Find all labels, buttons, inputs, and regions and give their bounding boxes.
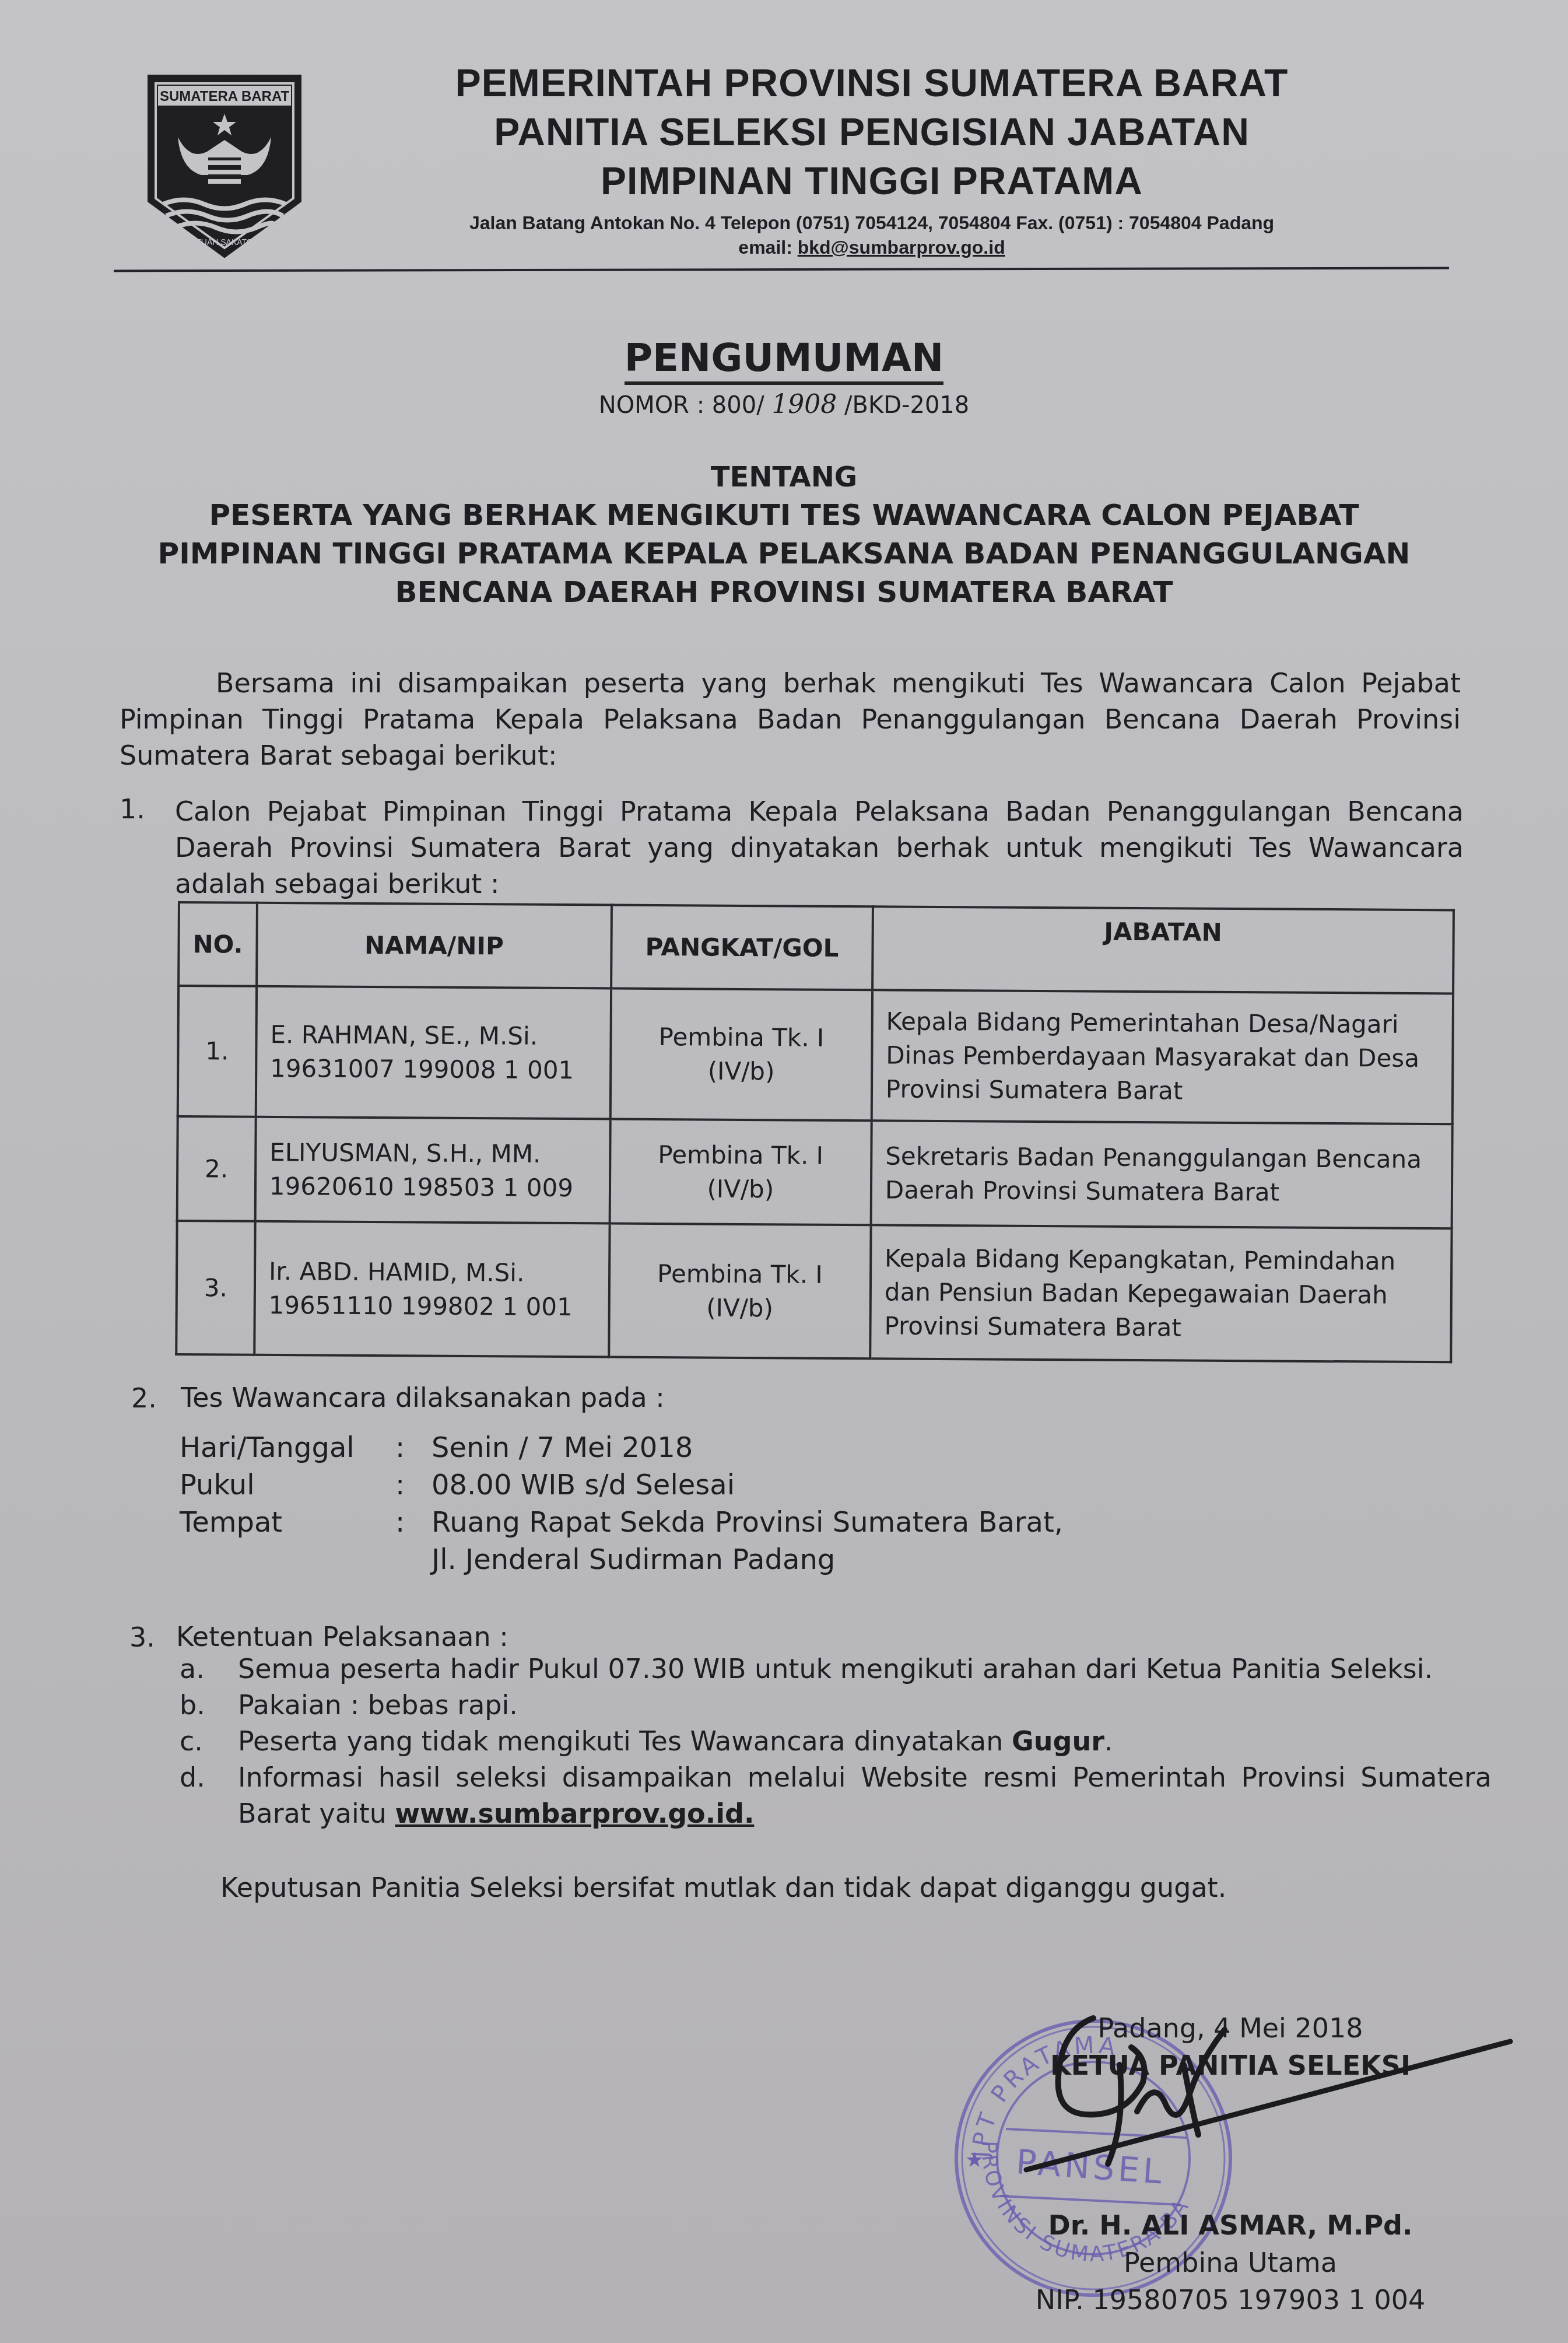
svg-text:TUAH SAKATO: TUAH SAKATO — [196, 237, 253, 247]
document-page: SUMATERA BARAT TUAH SAKATO PEMERINTAH PR… — [0, 0, 1568, 2343]
candidate-name: Ir. ABD. HAMID, M.Si. — [269, 1254, 595, 1290]
letterhead-address: Jalan Batang Antokan No. 4 Telepon (0751… — [327, 210, 1417, 236]
document-subject: PESERTA YANG BERHAK MENGIKUTI TES WAWANC… — [0, 496, 1568, 611]
sumatera-barat-emblem-icon: SUMATERA BARAT TUAH SAKATO — [143, 73, 306, 260]
letterhead-line-2: PANITIA SELEKSI PENGISIAN JABATAN — [327, 107, 1417, 156]
schedule-row: Pukul:08.00 WIB s/d Selesai — [180, 1466, 1063, 1504]
candidate-rank: Pembina Tk. I (IV/b) — [610, 1119, 872, 1225]
candidate-rank: Pembina Tk. I (IV/b) — [609, 1224, 871, 1359]
signer-name: Dr. H. ALI ASMAR, M.Pd. — [1003, 2207, 1458, 2244]
header-jabatan: JABATAN — [872, 906, 1454, 993]
letterhead-line-3: PIMPINAN TINGGI PRATAMA — [327, 156, 1417, 205]
header-no: NO. — [178, 902, 257, 986]
table-row: 2. ELIYUSMAN, S.H., MM.19620610 198503 1… — [177, 1116, 1453, 1228]
intro-paragraph: Bersama ini disampaikan peserta yang ber… — [120, 665, 1461, 773]
letterhead-divider — [114, 267, 1449, 272]
candidate-position: Kepala Bidang Pemerintahan Desa/Nagari D… — [872, 990, 1453, 1124]
document-number: NOMOR : 800/ 1908 /BKD-2018 — [0, 390, 1568, 419]
header-nama-nip: NAMA/NIP — [257, 903, 612, 989]
list-item: d.Informasi hasil seleksi disampaikan me… — [180, 1759, 1492, 1831]
candidate-rank: Pembina Tk. I (IV/b) — [611, 989, 872, 1121]
candidate-nip: 19651110 199802 1 001 — [268, 1288, 595, 1323]
section-2-number: 2. — [131, 1382, 157, 1414]
svg-text:SUMATERA BARAT: SUMATERA BARAT — [160, 89, 290, 104]
section-1-number: 1. — [120, 793, 145, 825]
letterhead: PEMERINTAH PROVINSI SUMATERA BARAT PANIT… — [327, 58, 1417, 259]
svg-text:★: ★ — [965, 2148, 984, 2172]
section-3-title: Ketentuan Pelaksanaan : — [176, 1619, 508, 1655]
rules-list: a.Semua peserta hadir Pukul 07.30 WIB un… — [180, 1651, 1492, 1831]
tentang-label: TENTANG — [0, 461, 1568, 493]
email-link[interactable]: bkd@sumbarprov.go.id — [798, 237, 1005, 258]
handwritten-number: 1908 — [771, 390, 837, 419]
handwritten-signature-icon — [991, 1995, 1516, 2187]
candidate-position: Kepala Bidang Kepangkatan, Pemindahan da… — [870, 1225, 1451, 1362]
list-item: c.Peserta yang tidak mengikuti Tes Wawan… — [180, 1723, 1492, 1759]
document-title: PENGUMUMAN — [0, 335, 1568, 380]
table-row: 1. E. RAHMAN, SE., M.Si.19631007 199008 … — [178, 986, 1453, 1124]
schedule-row: Hari/Tanggal:Senin / 7 Mei 2018 — [180, 1429, 1063, 1466]
candidate-nip: 19631007 199008 1 001 — [270, 1052, 597, 1087]
schedule-row: Tempat:Ruang Rapat Sekda Provinsi Sumate… — [180, 1504, 1063, 1541]
letterhead-line-1: PEMERINTAH PROVINSI SUMATERA BARAT — [327, 58, 1417, 107]
signer-rank: Pembina Utama — [1003, 2244, 1458, 2281]
section-1-text: Calon Pejabat Pimpinan Tinggi Pratama Ke… — [175, 793, 1464, 902]
table-header-row: NO. NAMA/NIP PANGKAT/GOL JABATAN — [178, 902, 1454, 993]
list-item: b.Pakaian : bebas rapi. — [180, 1687, 1492, 1723]
email-label: email: — [738, 237, 797, 258]
gugur-emphasis: Gugur — [1012, 1725, 1104, 1757]
closing-statement: Keputusan Panitia Seleksi bersifat mutla… — [220, 1869, 1226, 1906]
candidate-nip: 19620610 198503 1 009 — [269, 1169, 596, 1204]
table-row: 3. Ir. ABD. HAMID, M.Si.19651110 199802 … — [176, 1221, 1451, 1362]
interview-schedule: Hari/Tanggal:Senin / 7 Mei 2018 Pukul:08… — [180, 1429, 1063, 1578]
section-2-title: Tes Wawancara dilaksanakan pada : — [181, 1379, 665, 1416]
candidate-name: ELIYUSMAN, S.H., MM. — [269, 1135, 596, 1171]
candidate-position: Sekretaris Badan Penanggulangan Bencana … — [871, 1120, 1453, 1228]
signer-nip: NIP. 19580705 197903 1 004 — [1003, 2281, 1458, 2319]
section-3-number: 3. — [129, 1621, 155, 1653]
header-pangkat: PANGKAT/GOL — [611, 905, 873, 990]
website-link[interactable]: www.sumbarprov.go.id. — [395, 1798, 755, 1829]
candidate-name: E. RAHMAN, SE., M.Si. — [270, 1018, 597, 1053]
list-item: a.Semua peserta hadir Pukul 07.30 WIB un… — [180, 1651, 1492, 1687]
candidate-table: NO. NAMA/NIP PANGKAT/GOL JABATAN 1. E. R… — [175, 901, 1455, 1363]
letterhead-email-line: email: bkd@sumbarprov.go.id — [327, 236, 1417, 259]
schedule-row: Jl. Jenderal Sudirman Padang — [180, 1541, 1063, 1578]
